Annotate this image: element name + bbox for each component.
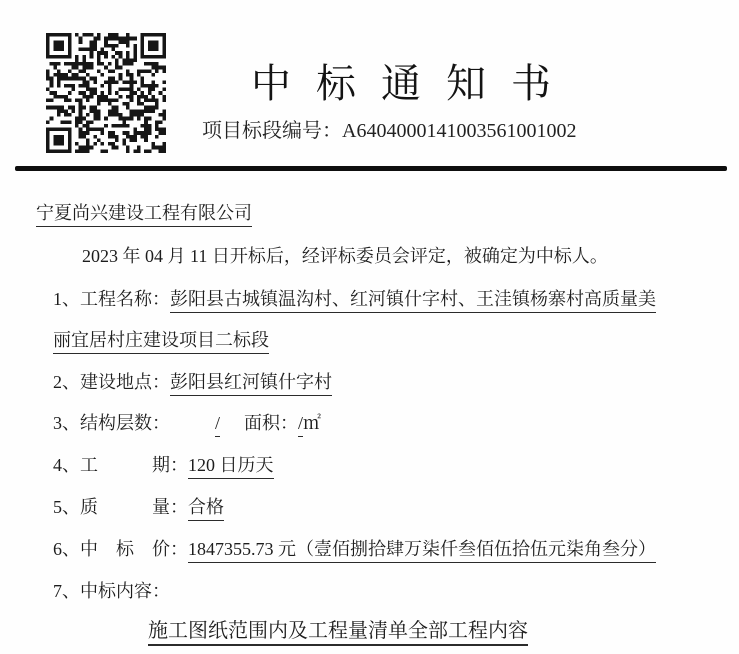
- item-duration: 4、工 期：120 日历天: [53, 454, 274, 477]
- project-number-line: 项目标段编号：A6404000141003561001002: [202, 114, 576, 143]
- item-area-unit: ㎡: [303, 413, 321, 433]
- award-notice-document: 中标通知书 项目标段编号：A6404000141003561001002 宁夏尚…: [0, 0, 739, 654]
- item-project-name-value-line2: 丽宜居村庄建设项目二标段: [53, 330, 269, 354]
- project-number-value: A6404000141003561001002: [342, 120, 576, 142]
- intro-paragraph: 2023 年 04 月 11 日开标后，经评标委员会评定，被确定为中标人。: [82, 245, 608, 268]
- item-project-name-value-line1: 彭阳县古城镇温沟村、红河镇什字村、王洼镇杨寨村高质量美: [170, 289, 656, 313]
- item-award-content: 7、中标内容：: [53, 580, 170, 603]
- item-construction-site-label: 2、建设地点：: [53, 372, 170, 392]
- item-construction-site: 2、建设地点：彭阳县红河镇什字村: [53, 371, 332, 394]
- document-title: 中标通知书: [251, 52, 576, 109]
- item-award-content-label: 7、中标内容：: [53, 581, 170, 601]
- award-scope-line: 施工图纸范围内及工程量清单全部工程内容: [148, 619, 528, 644]
- header-divider-rule: [15, 166, 727, 171]
- winner-company-line: 宁夏尚兴建设工程有限公司: [36, 202, 252, 225]
- qr-code-icon: [46, 33, 166, 153]
- item-quality: 5、质 量：合格: [53, 496, 224, 519]
- item-area-label: 面积：: [244, 413, 298, 433]
- item-bid-price-value: 1847355.73 元（壹佰捌拾肆万柒仟叁佰伍拾伍元柒角叁分）: [188, 539, 656, 563]
- item-duration-label: 4、工 期：: [53, 455, 188, 475]
- item-structure-floors: 3、结构层数：/面积：/㎡: [53, 412, 321, 435]
- award-scope-value: 施工图纸范围内及工程量清单全部工程内容: [148, 620, 528, 646]
- item-project-name-label: 1、工程名称：: [53, 289, 170, 309]
- project-number-label: 项目标段编号：: [202, 120, 342, 142]
- item-bid-price-label: 6、中 标 价：: [53, 539, 188, 559]
- item-quality-label: 5、质 量：: [53, 497, 188, 517]
- item-project-name-line1: 1、工程名称：彭阳县古城镇温沟村、红河镇什字村、王洼镇杨寨村高质量美: [53, 288, 656, 311]
- item-duration-value: 120 日历天: [188, 455, 274, 479]
- item-structure-floors-value: /: [215, 413, 220, 437]
- item-quality-value: 合格: [188, 497, 224, 521]
- item-bid-price: 6、中 标 价：1847355.73 元（壹佰捌拾肆万柒仟叁佰伍拾伍元柒角叁分）: [53, 538, 656, 561]
- item-project-name-line2: 丽宜居村庄建设项目二标段: [53, 329, 269, 352]
- item-construction-site-value: 彭阳县红河镇什字村: [170, 372, 332, 396]
- winner-company-name: 宁夏尚兴建设工程有限公司: [36, 203, 252, 227]
- item-structure-floors-label: 3、结构层数：: [53, 413, 170, 433]
